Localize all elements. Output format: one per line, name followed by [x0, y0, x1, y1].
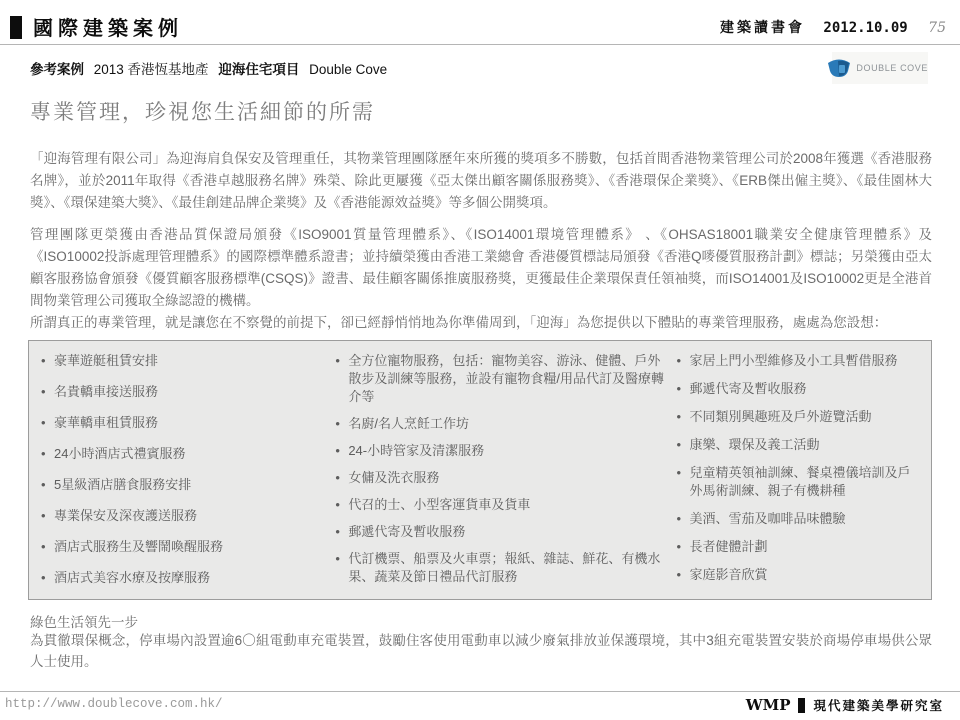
service-item: 5星級酒店膳食服務安排: [41, 476, 325, 494]
club-name: 建築讀書會: [720, 20, 805, 36]
service-item: 長者健體計劃: [677, 538, 913, 556]
footer-brand: WMP: [746, 696, 791, 714]
service-item: 名廚/名人烹飪工作坊: [335, 415, 666, 433]
service-item: 豪華遊艇租賃安排: [41, 352, 325, 370]
services-list-3: 家居上門小型維修及小工具暫借服務 郵遞代寄及暫收服務 不同類別興趣班及戶外遊覽活…: [677, 352, 913, 584]
page-title: 國際建築案例: [33, 12, 183, 41]
services-list-2: 全方位寵物服務，包括：寵物美容、游泳、健體、戶外散步及訓練等服務，並設有寵物食糧…: [335, 352, 666, 586]
service-item: 康樂、環保及義工活動: [677, 436, 913, 454]
case-label: 參考案例: [30, 62, 84, 77]
service-item: 女傭及洗衣服務: [335, 469, 666, 487]
case-year-company: 2013 香港恆基地產: [94, 62, 209, 77]
slide: 國際建築案例 建築讀書會 2012.10.09 75 參考案例 2013 香港恆…: [0, 0, 960, 720]
footer-url: http://www.doublecove.com.hk/: [5, 697, 223, 711]
green-living-paragraph: 為貫徹環保概念，停車場內設置逾6〇組電動車充電裝置，鼓勵住客使用電動車以減少廢氣…: [30, 630, 932, 672]
case-project-en: Double Cove: [309, 62, 387, 77]
service-item: 家庭影音欣賞: [677, 566, 913, 584]
double-cove-logo-text: DOUBLE COVE: [856, 63, 928, 73]
header-date: 2012.10.09: [823, 20, 907, 36]
service-item: 豪華轎車租賃服務: [41, 414, 325, 432]
header-accent-bar: [10, 16, 22, 39]
footer-accent-bar: [798, 698, 805, 713]
service-item: 名貴轎車接送服務: [41, 383, 325, 401]
service-item: 兒童精英領袖訓練、餐桌禮儀培訓及戶外馬術訓練、親子有機耕種: [677, 464, 913, 500]
green-living-heading: 綠色生活領先一步: [30, 611, 138, 631]
header-divider: [0, 44, 960, 45]
service-item: 專業保安及深夜護送服務: [41, 507, 325, 525]
service-item: 酒店式服務生及響鬧喚醒服務: [41, 538, 325, 556]
service-item: 郵遞代寄及暫收服務: [335, 523, 666, 541]
page-number: 75: [928, 20, 946, 36]
service-item: 郵遞代寄及暫收服務: [677, 380, 913, 398]
service-item: 美酒、雪茄及咖啡品味體驗: [677, 510, 913, 528]
service-item: 代訂機票、船票及火車票；報紙、雜誌、鮮花、有機水果、蔬菜及節日禮品代訂服務: [335, 550, 666, 586]
double-cove-logo: DOUBLE COVE: [832, 52, 928, 84]
case-project: 迎海住宅項目: [218, 62, 299, 77]
paragraph-intro-services: 所謂真正的專業管理，就是讓您在不察覺的前提下，卻已經靜悄悄地為你準備周到，「迎海…: [30, 312, 932, 334]
services-column-3: 家居上門小型維修及小工具暫借服務 郵遞代寄及暫收服務 不同類別興趣班及戶外遊覽活…: [677, 352, 923, 593]
case-subtitle: 參考案例 2013 香港恆基地產 迎海住宅項目 Double Cove: [30, 58, 393, 78]
section-title: 專業管理，珍視您生活細節的所需: [30, 96, 375, 126]
services-box: 豪華遊艇租賃安排 名貴轎車接送服務 豪華轎車租賃服務 24小時酒店式禮賓服務 5…: [28, 340, 932, 600]
service-item: 24小時酒店式禮賓服務: [41, 445, 325, 463]
footer-organization: 現代建築美學研究室: [813, 696, 944, 714]
services-list-1: 豪華遊艇租賃安排 名貴轎車接送服務 豪華轎車租賃服務 24小時酒店式禮賓服務 5…: [41, 352, 325, 587]
double-cove-logo-icon: [826, 57, 852, 79]
service-item: 家居上門小型維修及小工具暫借服務: [677, 352, 913, 370]
footer-divider: [0, 691, 960, 692]
services-column-1: 豪華遊艇租賃安排 名貴轎車接送服務 豪華轎車租賃服務 24小時酒店式禮賓服務 5…: [41, 352, 335, 593]
service-item: 代召的士、小型客運貨車及貨車: [335, 496, 666, 514]
service-item: 酒店式美容水療及按摩服務: [41, 569, 325, 587]
service-item: 不同類別興趣班及戶外遊覽活動: [677, 408, 913, 426]
paragraph-awards: 「迎海管理有限公司」為迎海肩負保安及管理重任，其物業管理團隊歷年來所獲的獎項多不…: [30, 148, 932, 214]
paragraph-certifications: 管理團隊更榮獲由香港品質保證局頒發《ISO9001質量管理體系》、《ISO140…: [30, 224, 932, 312]
services-column-2: 全方位寵物服務，包括：寵物美容、游泳、健體、戶外散步及訓練等服務，並設有寵物食糧…: [335, 352, 676, 593]
footer-credit: WMP 現代建築美學研究室: [746, 696, 944, 714]
service-item: 全方位寵物服務，包括：寵物美容、游泳、健體、戶外散步及訓練等服務，並設有寵物食糧…: [335, 352, 666, 406]
header-right: 建築讀書會 2012.10.09 75: [720, 17, 946, 37]
service-item: 24-小時管家及清潔服務: [335, 442, 666, 460]
